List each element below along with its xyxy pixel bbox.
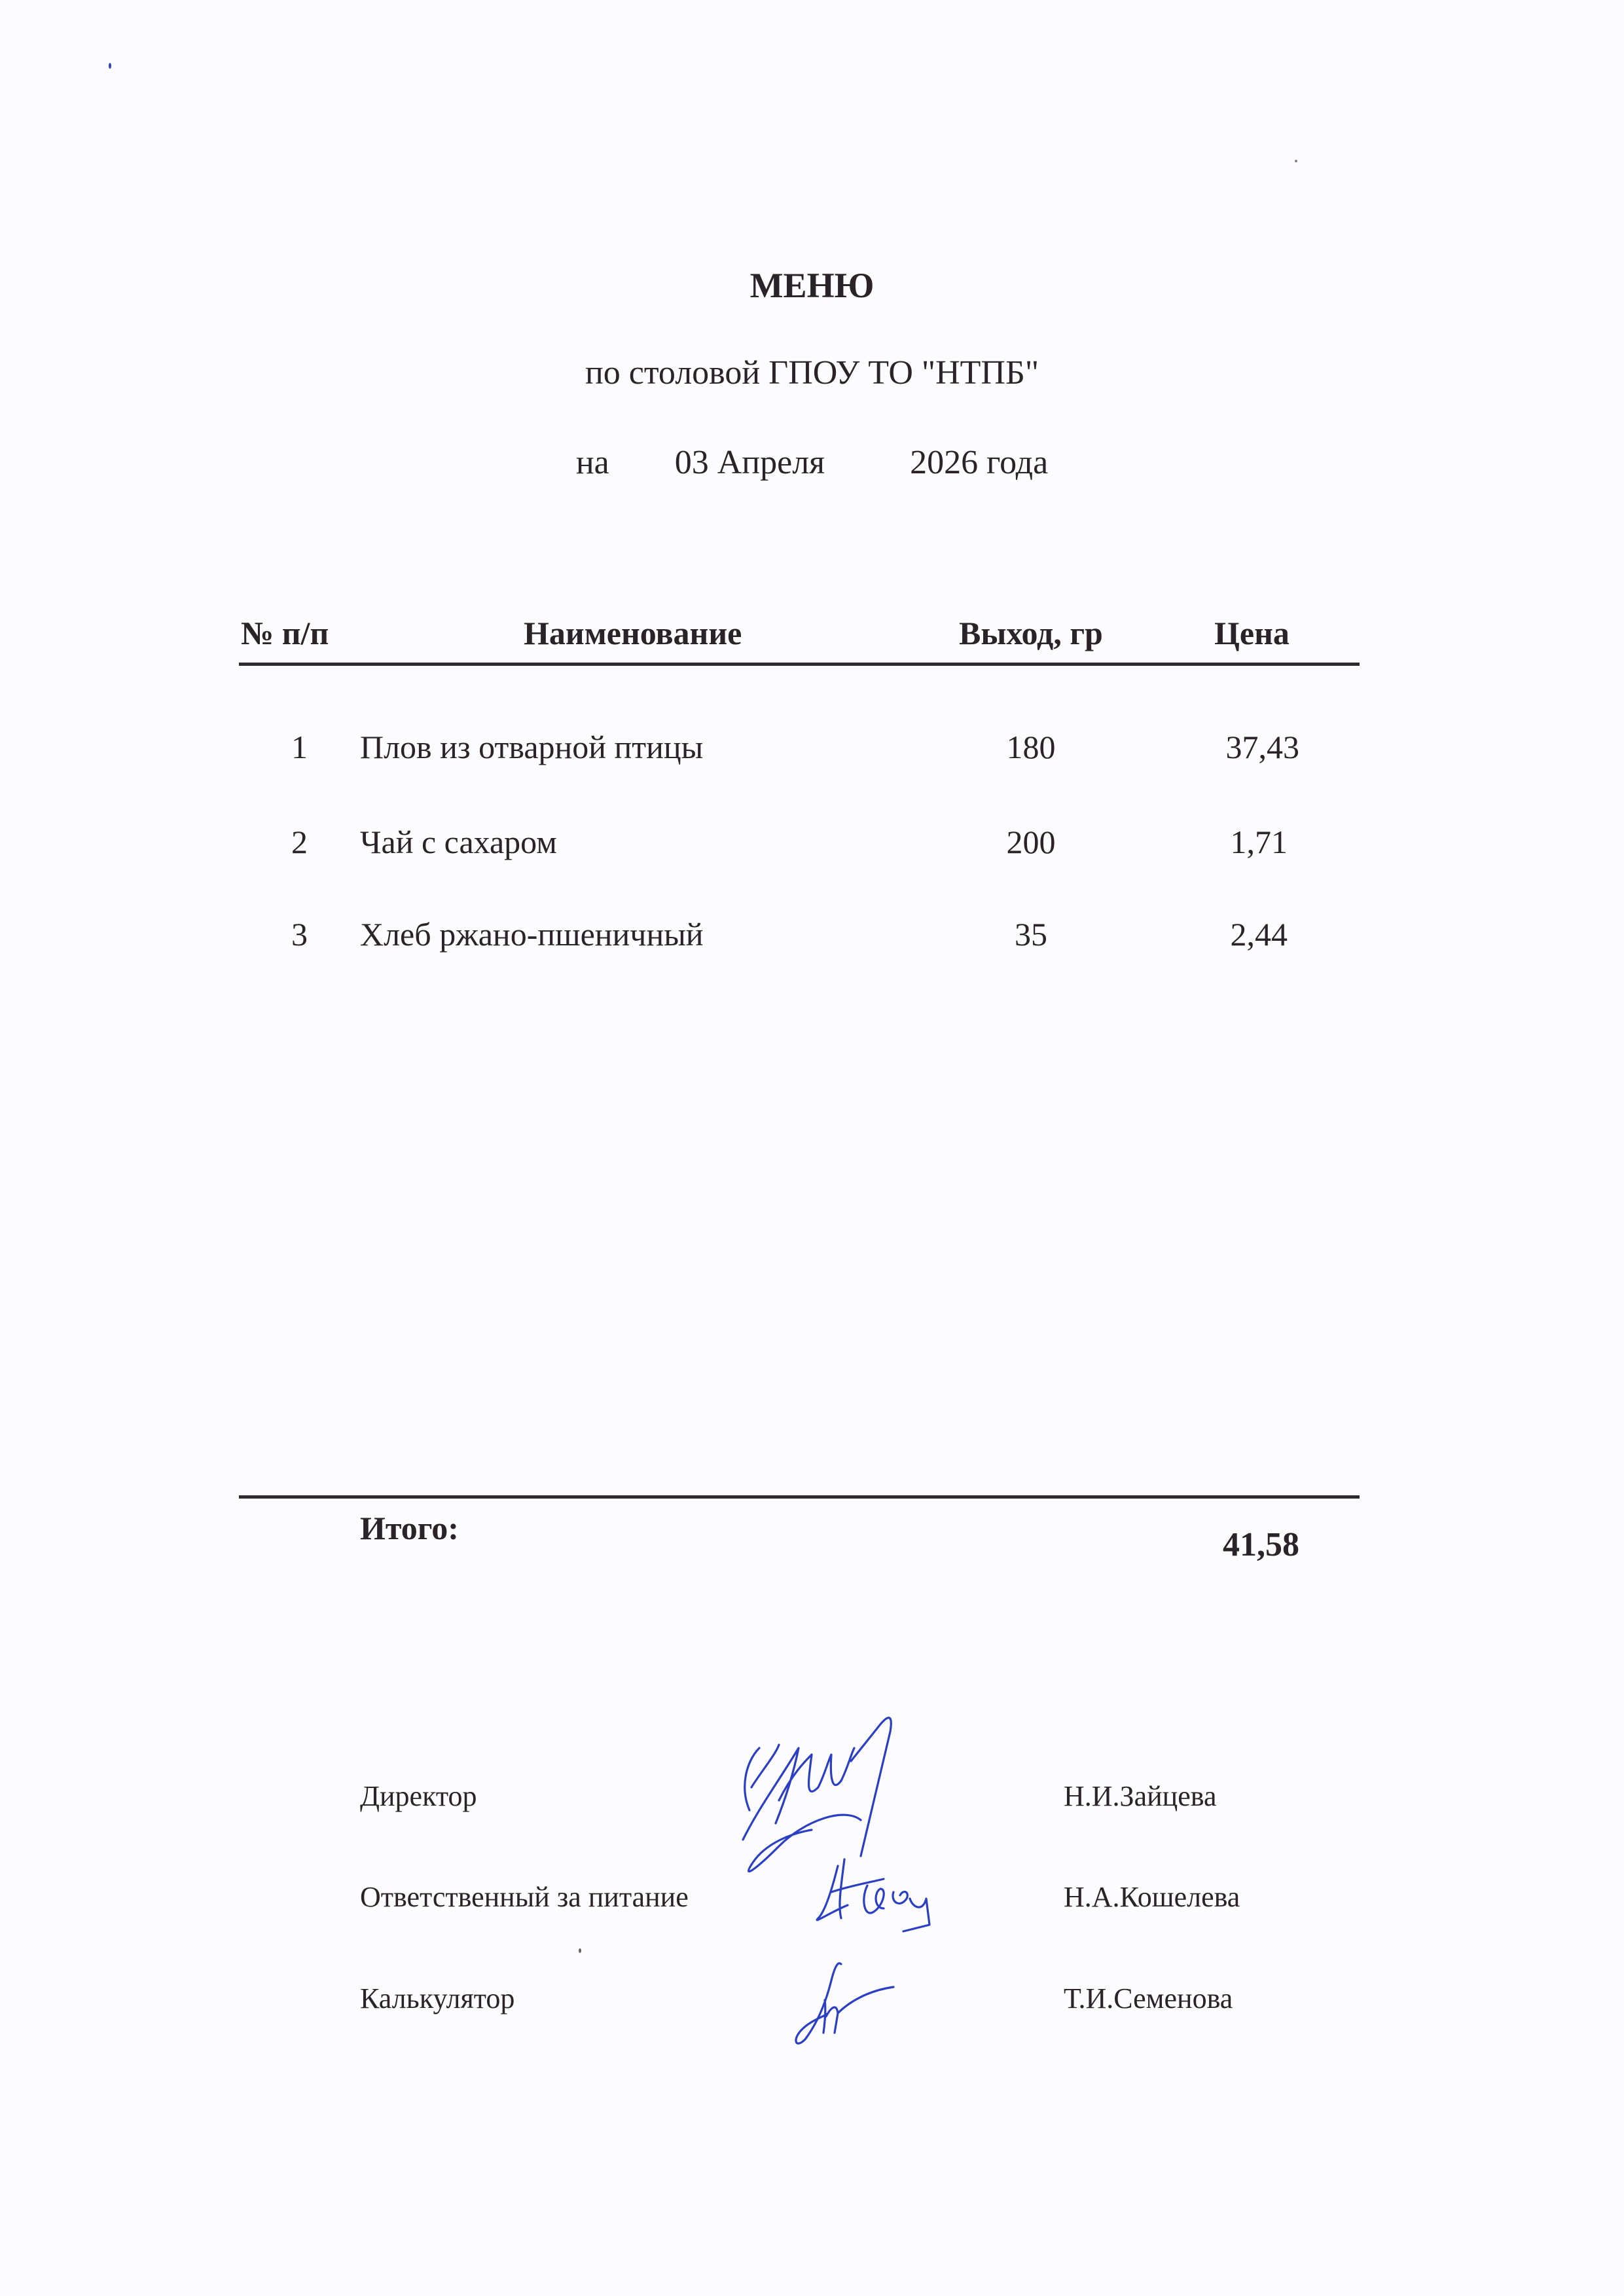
header-rule — [239, 663, 1360, 666]
signature-role: Ответственный за питание — [360, 1880, 689, 1914]
row-number: 3 — [242, 915, 308, 953]
document-title: МЕНЮ — [0, 265, 1624, 306]
signature-name: Т.И.Семенова — [1064, 1982, 1233, 2015]
signature-role: Директор — [360, 1779, 477, 1813]
document-subtitle: по столовой ГПОУ ТО "НТПБ" — [0, 354, 1624, 392]
row-name: Чай с сахаром — [360, 823, 557, 861]
total-label: Итого: — [360, 1509, 459, 1547]
total-value: 41,58 — [1136, 1525, 1299, 1564]
date-value: 03 Апреля — [675, 443, 825, 482]
header-name: Наименование — [524, 614, 742, 652]
row-name: Хлеб ржано-пшеничный — [360, 915, 704, 953]
handwritten-signature-icon — [779, 1954, 903, 2052]
row-number: 2 — [242, 823, 308, 861]
row-name: Плов из отварной птицы — [360, 728, 703, 766]
row-yield: 35 — [952, 915, 1110, 953]
row-yield: 200 — [952, 823, 1110, 861]
scan-speck — [109, 63, 111, 69]
signature-name: Н.А.Кошелева — [1064, 1880, 1240, 1914]
header-yield: Выход, гр — [959, 614, 1103, 652]
scan-speck — [1295, 160, 1297, 162]
scan-speck — [579, 1948, 581, 1953]
row-price: 1,71 — [1136, 823, 1288, 861]
date-line: на03 Апреля2026 года — [0, 443, 1624, 482]
row-price: 2,44 — [1136, 915, 1288, 953]
total-rule — [239, 1495, 1360, 1499]
header-number: № п/п — [241, 614, 329, 652]
date-year: 2026 года — [910, 443, 1048, 482]
header-price: Цена — [1214, 614, 1290, 652]
row-yield: 180 — [952, 728, 1110, 766]
row-price: 37,43 — [1136, 728, 1299, 766]
handwritten-signature-icon — [812, 1846, 956, 1938]
row-number: 1 — [242, 728, 308, 766]
signature-role: Калькулятор — [360, 1982, 514, 2015]
signature-name: Н.И.Зайцева — [1064, 1779, 1216, 1813]
date-prefix: на — [576, 443, 609, 482]
